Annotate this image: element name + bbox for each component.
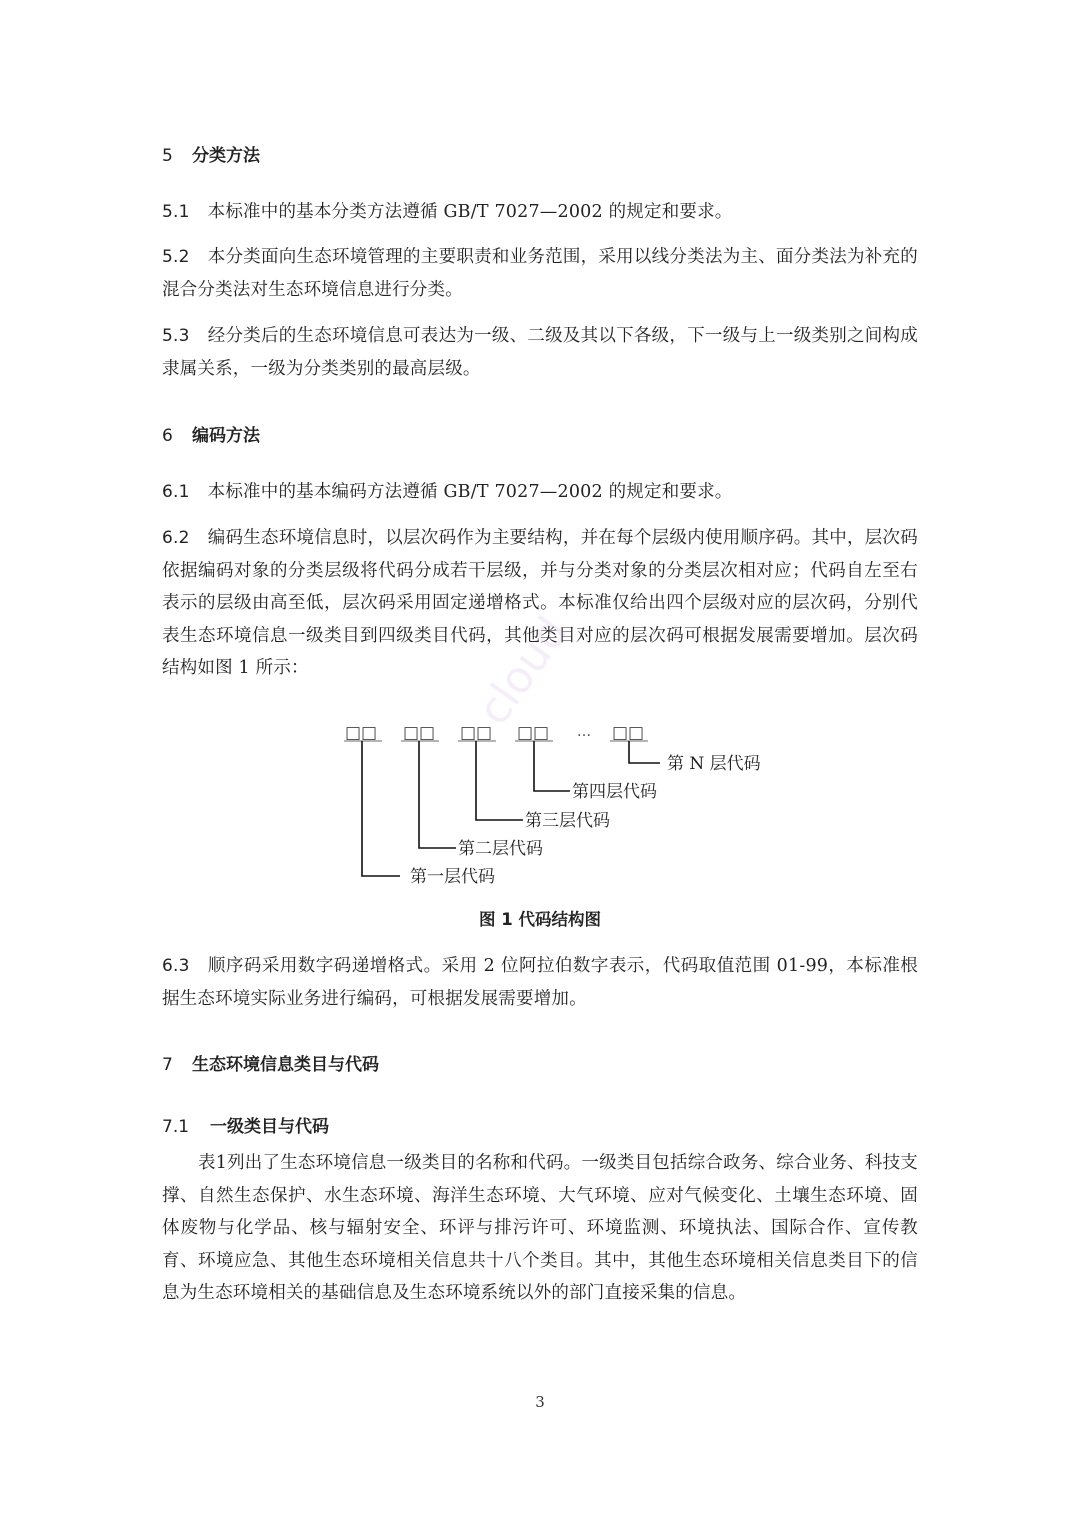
code-box-group-2: □□ bbox=[403, 723, 435, 743]
section-number: 6 bbox=[162, 426, 192, 446]
clause-5-2: 5.2本分类面向生态环境管理的主要职责和业务范围，采用以线分类法为主、面分类法为… bbox=[162, 241, 918, 306]
clause-7-1-body: 表1列出了生态环境信息一级类目的名称和代码。一级类目包括综合政务、综合业务、科技… bbox=[162, 1147, 918, 1310]
section-title: 分类方法 bbox=[192, 146, 260, 166]
clause-5-1: 5.1本标准中的基本分类方法遵循 GB/T 7027—2002 的规定和要求。 bbox=[162, 196, 918, 229]
clause-6-3: 6.3顺序码采用数字码递增格式。采用 2 位阿拉伯数字表示，代码取值范围 01-… bbox=[162, 950, 918, 1015]
clause-text: 本标准中的基本分类方法遵循 GB/T 7027—2002 的规定和要求。 bbox=[208, 202, 733, 222]
clause-6-1: 6.1本标准中的基本编码方法遵循 GB/T 7027—2002 的规定和要求。 bbox=[162, 476, 918, 509]
section-heading-7-1: 7.1一级类目与代码 bbox=[162, 1112, 329, 1137]
code-box-group-1: □□ bbox=[345, 723, 377, 743]
code-structure-diagram: □□ □□ □□ □□ … □□ 第一层 bbox=[330, 710, 790, 900]
label-level-n: 第 N 层代码 bbox=[667, 754, 761, 774]
clause-text: 经分类后的生态环境信息可表达为一级、二级及其以下各级，下一级与上一级类别之间构成… bbox=[162, 326, 918, 379]
clause-number: 6.3 bbox=[162, 956, 190, 976]
section-heading-5: 5分类方法 bbox=[162, 141, 260, 166]
document-page: 5分类方法 5.1本标准中的基本分类方法遵循 GB/T 7027—2002 的规… bbox=[0, 0, 1080, 1527]
ellipsis: … bbox=[577, 724, 591, 740]
label-level-2: 第二层代码 bbox=[458, 839, 543, 859]
clause-text: 本分类面向生态环境管理的主要职责和业务范围，采用以线分类法为主、面分类法为补充的… bbox=[162, 247, 918, 300]
code-structure-svg: □□ □□ □□ □□ … □□ 第一层 bbox=[330, 710, 790, 900]
clause-5-3: 5.3经分类后的生态环境信息可表达为一级、二级及其以下各级，下一级与上一级类别之… bbox=[162, 320, 918, 385]
label-level-1: 第一层代码 bbox=[410, 867, 495, 887]
figure-caption: 图 1 代码结构图 bbox=[0, 906, 1080, 930]
section-number: 7 bbox=[162, 1055, 192, 1075]
code-box-group-4: □□ bbox=[517, 723, 549, 743]
section-title: 生态环境信息类目与代码 bbox=[192, 1055, 379, 1075]
clause-number: 6.2 bbox=[162, 528, 190, 548]
clause-number: 5.3 bbox=[162, 326, 190, 346]
section-title: 编码方法 bbox=[192, 426, 260, 446]
clause-text: 编码生态环境信息时，以层次码作为主要结构，并在每个层级内使用顺序码。其中，层次码… bbox=[162, 528, 918, 678]
section-number: 5 bbox=[162, 146, 192, 166]
clause-text: 本标准中的基本编码方法遵循 GB/T 7027—2002 的规定和要求。 bbox=[208, 482, 733, 502]
clause-6-2: 6.2编码生态环境信息时，以层次码作为主要结构，并在每个层级内使用顺序码。其中，… bbox=[162, 522, 918, 685]
clause-number: 5.1 bbox=[162, 202, 190, 222]
section-number: 7.1 bbox=[162, 1117, 210, 1137]
label-level-4: 第四层代码 bbox=[572, 782, 657, 802]
section-title: 一级类目与代码 bbox=[210, 1117, 329, 1137]
clause-number: 5.2 bbox=[162, 247, 190, 267]
page-number: 3 bbox=[0, 1393, 1080, 1411]
code-box-group-n: □□ bbox=[612, 723, 644, 743]
section-heading-6: 6编码方法 bbox=[162, 421, 260, 446]
clause-text: 顺序码采用数字码递增格式。采用 2 位阿拉伯数字表示，代码取值范围 01-99，… bbox=[162, 956, 918, 1009]
code-box-group-3: □□ bbox=[460, 723, 492, 743]
label-level-3: 第三层代码 bbox=[525, 811, 610, 831]
section-heading-7: 7生态环境信息类目与代码 bbox=[162, 1050, 379, 1075]
clause-number: 6.1 bbox=[162, 482, 190, 502]
